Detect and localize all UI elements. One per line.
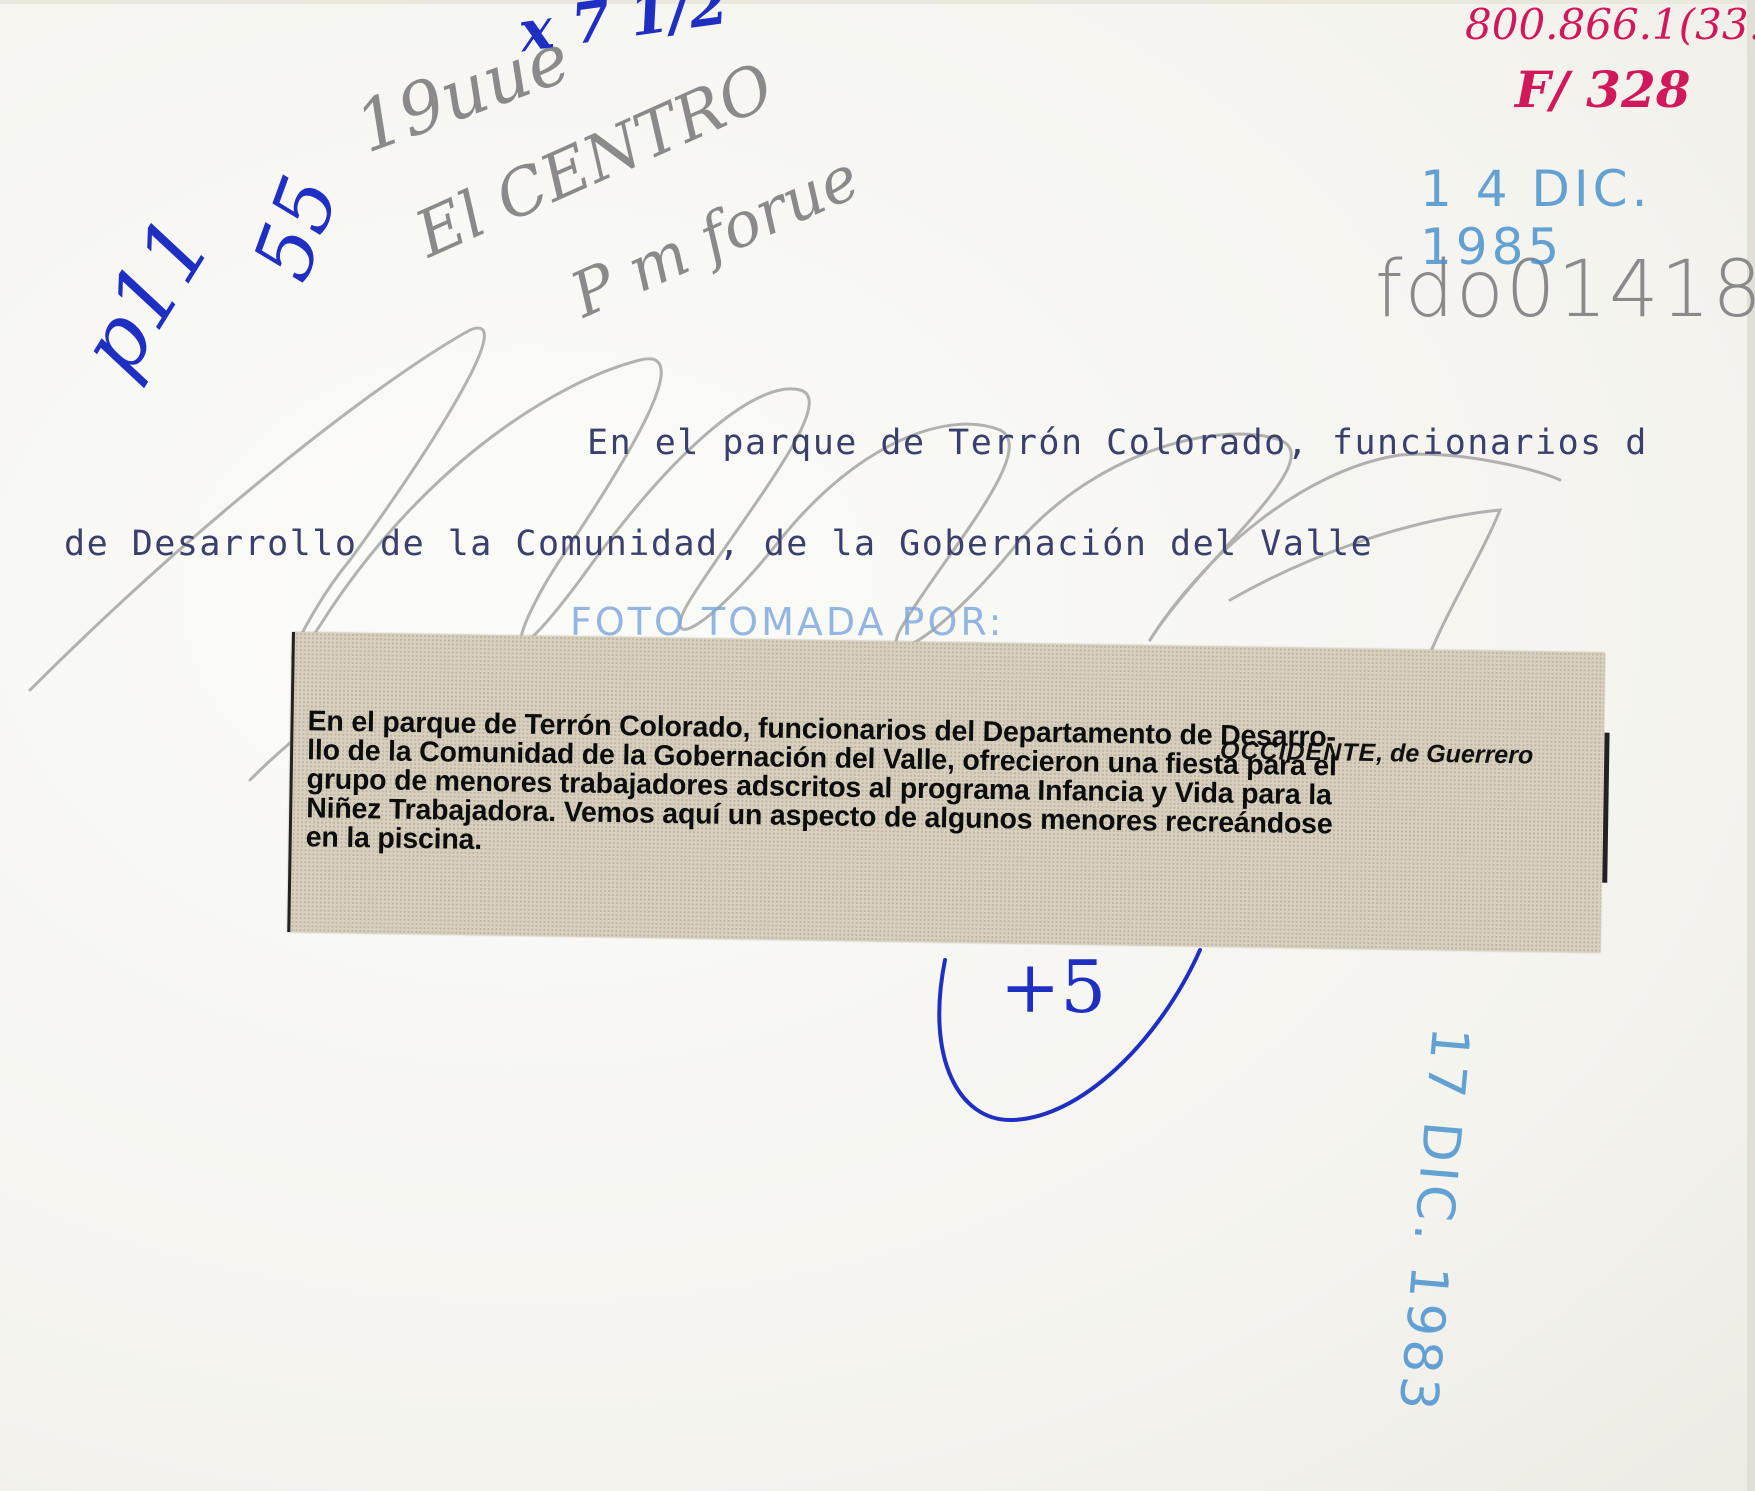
received-date-text: 1 4 DIC. 1985 [1420, 160, 1651, 276]
received-date-stamp: 1 4 DIC. 1985 [1420, 160, 1755, 276]
newspaper-clipping: OCCIDENTE, de Guerrero En el parque de T… [287, 632, 1605, 953]
clipping-body: En el parque de Terrón Colorado, funcion… [306, 707, 1578, 872]
bluepen-circled-note: +5 [1000, 945, 1106, 1029]
red-ink-file-number: F/ 328 [1515, 60, 1691, 119]
typed-caption-line-1: En el parque de Terrón Colorado, funcion… [587, 423, 1648, 463]
red-ink-reference-number: 800.866.1(33. [1465, 0, 1755, 49]
typed-caption-line-2: de Desarrollo de la Comunidad, de la Gob… [64, 524, 1373, 564]
